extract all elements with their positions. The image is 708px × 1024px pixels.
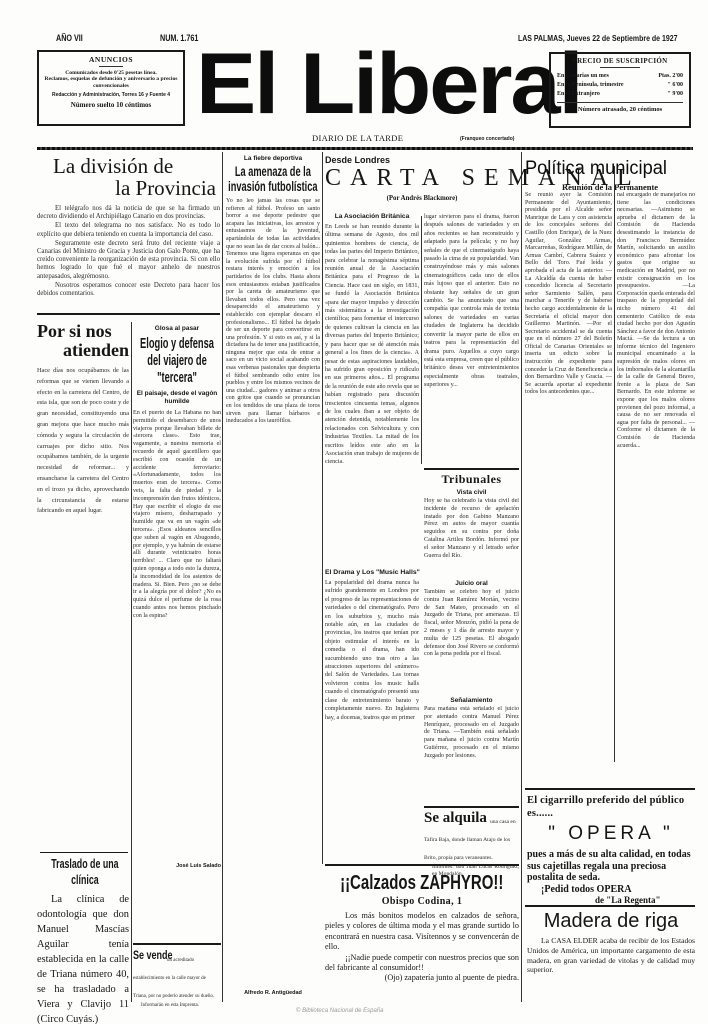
article-author: José Luis Salado (133, 863, 221, 869)
classified-body: un acreditado establecimiento en la call… (133, 958, 214, 999)
subscription-rates: En Canarias un mesPtas. 2'00En la Peníns… (557, 72, 683, 99)
article-title: la Provincia (37, 177, 220, 199)
article-subtitle: Reunión de la Permanente (525, 182, 695, 192)
divider (525, 905, 695, 907)
article-kicker: Glosa al pasar (133, 325, 221, 332)
paragraph: El texto del telegrama no nos satisface.… (37, 222, 220, 238)
article-body: En el puerto de La Habana no han permiti… (133, 410, 221, 860)
article-division-provincia: La división de la Provincia El telégrafo… (37, 155, 220, 299)
paragraph: El telégrafo nos dá la noticia de que se… (37, 205, 220, 221)
newspaper-title: El Liberal (196, 40, 477, 128)
article-body: lugar sirvieron para el drama, fueron de… (424, 213, 519, 465)
column-rule (614, 166, 615, 762)
article-traslado-clinica: Traslado de una clínica La clínica de od… (37, 856, 129, 1024)
article-author: Alfredo R. Antigüedad (226, 990, 320, 996)
paragraph: Nosotros esperamos conocer este Decreto … (37, 282, 220, 298)
issue-number: NUM. 1.761 (160, 33, 198, 43)
library-credit: © Biblioteca Nacional de España (296, 1008, 383, 1014)
ad-title: Madera de riga (527, 909, 695, 933)
section-heading: El Drama y Los "Music Halls" (325, 569, 419, 576)
year-label: AÑO VII (56, 33, 83, 43)
ads-box: ANUNCIOS Comunicados desde 0'25 pesetas … (37, 50, 185, 126)
section-heading: Señalamiento (424, 697, 519, 704)
column-rule (131, 322, 132, 1002)
rate-value: " 9'00 (668, 90, 684, 99)
article-carta-semanal: Desde Londres CARTA SEMANAL (Por Andrés … (325, 155, 519, 202)
ad-body: ¡¡Nadie puede competir con nuestros prec… (325, 953, 519, 974)
paragraph: Seguramente este decreto será fruto del … (37, 240, 220, 281)
column-rule (322, 152, 323, 864)
article-title: Traslado de una clínica (39, 856, 131, 888)
classified-se-vende: Se vende un acreditado establecimiento e… (133, 948, 221, 1010)
rate-label: En la Península, trimestre (557, 81, 624, 90)
article-title: CARTA SEMANAL (325, 165, 519, 191)
article-byline: (Por Andrés Blackmore) (325, 195, 519, 202)
rate-value: " 6'00 (668, 81, 684, 90)
divider (525, 788, 695, 790)
article-body: nal encargado de manejarlos no tiene las… (617, 192, 695, 780)
article-title: atienden (37, 341, 129, 360)
subscription-box: PRECIO DE SUSCRIPCIÓN En Canarias un mes… (549, 52, 691, 128)
ads-box-title: ANUNCIOS (43, 55, 179, 64)
subscription-rate-row: En Canarias un mesPtas. 2'00 (557, 72, 683, 81)
ads-single-price: Número suelto 10 céntimos (43, 101, 179, 109)
ad-body: Los más bonitos modelos en calzados de s… (325, 911, 519, 953)
article-body: Para mañana está señalado el juicio por … (424, 706, 519, 764)
article-body: Yo no leo jamás las cosas que se refiere… (226, 198, 320, 988)
carta-column-2: lugar sirvieron para el drama, fueron de… (424, 213, 519, 465)
masthead-logo: El Liberal (196, 40, 464, 128)
franqueo-note: (Franqueo concertado) (460, 136, 514, 142)
divider (424, 468, 519, 470)
article-fiebre-deportiva: La fiebre deportiva La amenaza de la inv… (226, 155, 320, 996)
column-rule (521, 152, 522, 1002)
divider (424, 806, 519, 808)
article-title: Elogio y defensa del viajero de "tercera… (133, 335, 221, 386)
article-kicker: Desde Londres (325, 155, 519, 165)
rate-label: En Canarias un mes (557, 72, 609, 81)
article-title: Tribunales (424, 472, 519, 487)
column-rule (421, 216, 422, 464)
article-subtitle: El paisaje, desde el vagón humilde (133, 390, 221, 406)
ad-title: ¡¡Calzados ZAPHYRO!! (325, 872, 519, 894)
article-body: La clínica de odontología que don Manuel… (37, 892, 129, 1024)
ad-slogan: ¡Pedid todos OPERA (527, 884, 695, 896)
ad-address: Obispo Codina, 1 (325, 896, 519, 907)
classified-title: Se vende (133, 948, 157, 962)
divider (133, 943, 221, 945)
rate-label: En el Extranjero (557, 90, 600, 99)
newspaper-subtitle: DIARIO DE LA TARDE (312, 133, 403, 143)
article-tribunales: Tribunales Vista civil Hoy se ha celebra… (424, 472, 519, 764)
masthead-divider (37, 147, 693, 150)
column-rule (222, 152, 223, 1002)
article-body: También se celebró hoy el juicio contra … (424, 589, 519, 693)
article-body: Hoy se ha celebrado la vista civil del i… (424, 498, 519, 576)
politica-column-1: Se reunió ayer la Comisión Permanente de… (525, 192, 612, 762)
classified-title: Se alquila (424, 810, 487, 826)
divider (37, 313, 220, 315)
section-heading: Juicio oral (424, 580, 519, 587)
rate-value: Ptas. 2'00 (658, 72, 683, 81)
article-title: La división de (37, 155, 220, 177)
ad-madera-de-riga: Madera de riga La CASA ELDER acaba de re… (527, 909, 695, 975)
section-heading: Vista civil (424, 489, 519, 496)
ad-body: La CASA ELDER acaba de recibir de los Es… (527, 936, 695, 975)
ad-cigarrillo-opera: El cigarrillo preferido del público es..… (527, 794, 695, 906)
ads-rates-line: Reclamos, esquelas de defunción y aniver… (43, 76, 179, 89)
ads-address: Redacción y Administración, Torres 16 y … (43, 92, 179, 98)
article-politica-municipal: Política municipal Reunión de la Permane… (525, 158, 695, 192)
back-issue-price: Número atrasado, 20 céntimos (557, 106, 683, 113)
article-body: Hace días nos ocupábamos de las reformas… (37, 366, 129, 798)
article-body: La popularidad del drama nunca ha sufrid… (325, 579, 419, 789)
section-heading: La Asociación Británica (325, 213, 419, 220)
ad-brand: " OPERA " (527, 823, 695, 845)
ad-body: (Ojo) zapatería junto al puente de piedr… (325, 973, 519, 983)
subscription-rate-row: En la Península, trimestre" 6'00 (557, 81, 683, 90)
ad-body: pues a más de su alta calidad, en todas … (527, 849, 695, 884)
classified-info: Informarán en esta Imprenta. (133, 1002, 221, 1010)
article-glosa-al-pasar: Glosa al pasar Elogio y defensa del viaj… (133, 325, 221, 869)
article-title: Por si nos (37, 322, 129, 341)
divider (40, 852, 128, 853)
article-kicker: La fiebre deportiva (226, 155, 320, 162)
article-por-si-nos-atienden: Por si nos atienden Hace días nos ocupáb… (37, 322, 129, 798)
article-body: Se reunió ayer la Comisión Permanente de… (525, 192, 612, 762)
article-body: En Leeds se han reunido durante la últim… (325, 223, 419, 563)
article-title: La amenaza de la invasión futbolística (226, 164, 320, 194)
subscription-title: PRECIO DE SUSCRIPCIÓN (557, 57, 683, 65)
article-title: Política municipal (525, 158, 688, 180)
article-body: El telégrafo nos dá la noticia de que se… (37, 205, 220, 298)
carta-column-1: La Asociación Británica En Leeds se han … (325, 213, 419, 789)
subscription-rate-row: En el Extranjero" 9'00 (557, 90, 683, 99)
ad-headline: El cigarrillo preferido del público es..… (527, 794, 695, 820)
politica-column-2: nal encargado de manejarlos no tiene las… (617, 192, 695, 780)
classified-se-alquila: Se alquila una casa en Tafira Baja, dond… (424, 810, 519, 879)
place-date: LAS PALMAS, Jueves 22 de Septiembre de 1… (518, 33, 677, 43)
ad-calzados-zaphyro: ¡¡Calzados ZAPHYRO!! Obispo Codina, 1 Lo… (325, 872, 519, 984)
divider (325, 864, 519, 866)
